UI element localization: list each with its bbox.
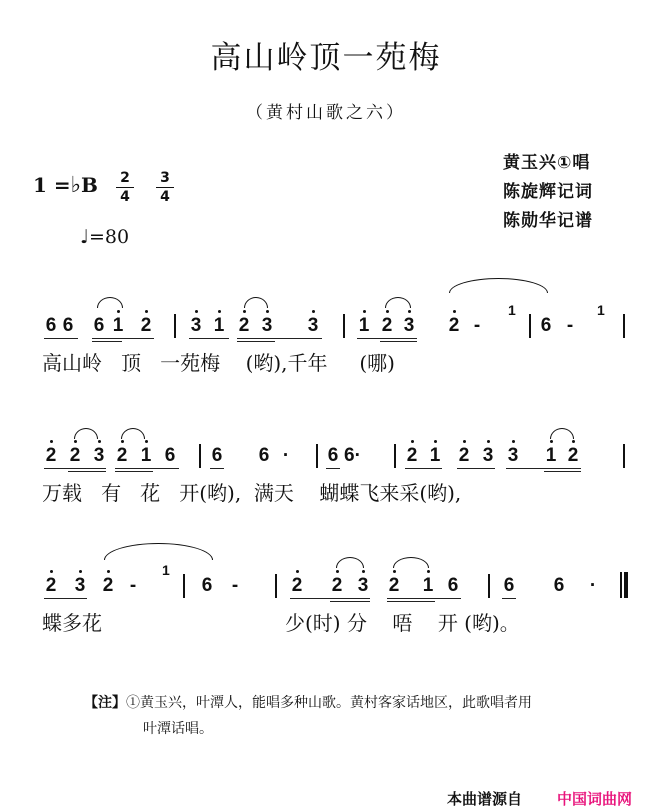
ts-numerator: 3 [156, 170, 174, 186]
grace-note: 1 [508, 302, 516, 318]
barline [174, 314, 176, 338]
underline [326, 468, 340, 469]
underline [68, 471, 106, 472]
note-high: 2 [139, 316, 153, 336]
source-label: 本曲谱源自 [447, 788, 522, 809]
note-high: 1 [421, 576, 435, 596]
grace-note: 1 [597, 302, 605, 318]
note: 6 [552, 576, 566, 596]
note-high: 2 [405, 446, 419, 466]
underline [457, 468, 495, 469]
note-high: 2 [290, 576, 304, 596]
dash: - [470, 316, 484, 336]
credit-lyricist: 陈旋辉记词 [503, 177, 593, 202]
barline [343, 314, 345, 338]
tempo-marking: ♩=80 [80, 226, 129, 248]
note-high: 2 [237, 316, 251, 336]
dash: - [126, 576, 140, 596]
slur [336, 557, 364, 568]
underline [357, 338, 417, 339]
lyrics-line-1: 高山岭 顶 一苑梅 (哟),千年 (哪) [42, 352, 395, 374]
dot: · [586, 576, 600, 596]
underline [92, 341, 122, 342]
slur [550, 428, 574, 439]
flat-icon: ♭ [71, 172, 81, 198]
note: 6 [44, 316, 58, 336]
note-high: 2 [44, 446, 58, 466]
note-high: 1 [111, 316, 125, 336]
underline [237, 338, 322, 339]
dash: - [563, 316, 577, 336]
footnote-line-1: ①黄玉兴，叶潭人，能唱多种山歌。黄村客家话地区，此歌唱者用 [126, 695, 532, 711]
note: 6 [163, 446, 177, 466]
grace-note: 1 [162, 562, 170, 578]
underline [502, 598, 516, 599]
note-high: 3 [356, 576, 370, 596]
note-high: 1 [139, 446, 153, 466]
note-high: 1 [544, 446, 558, 466]
slur [97, 297, 123, 308]
underline [44, 598, 87, 599]
underline [44, 468, 106, 469]
final-barline-thin [620, 572, 622, 598]
barline [316, 444, 318, 468]
slur [393, 557, 429, 568]
underline [544, 471, 581, 472]
note-high: 2 [380, 316, 394, 336]
note-high: 3 [189, 316, 203, 336]
note-high: 2 [387, 576, 401, 596]
note: 6· [344, 446, 368, 466]
underline [92, 338, 154, 339]
time-signature-3-4: 3 4 [156, 170, 174, 205]
note: 6 [61, 316, 75, 336]
note-high: 2 [330, 576, 344, 596]
song-subtitle: （黄村山歌之六） [0, 98, 652, 123]
note-high: 3 [402, 316, 416, 336]
note: 6 [210, 446, 224, 466]
footnote-label: 【注】 [84, 695, 126, 711]
note: 6 [539, 316, 553, 336]
barline [623, 314, 625, 338]
underline [330, 601, 370, 602]
note: 6 [502, 576, 516, 596]
tempo-value: =80 [89, 226, 129, 248]
note-high: 1 [212, 316, 226, 336]
key-prefix: 1 = [33, 173, 71, 197]
underline [189, 338, 229, 339]
slur [385, 297, 411, 308]
note-high: 2 [457, 446, 471, 466]
long-slur [449, 278, 548, 293]
underline [290, 598, 370, 599]
site-name-link[interactable]: 中国词曲网 [557, 788, 632, 809]
ts-denominator: 4 [116, 189, 134, 205]
underline [237, 341, 275, 342]
time-signature-2-4: 2 4 [116, 170, 134, 205]
barline [275, 574, 277, 598]
credit-singer: 黄玉兴①唱 [503, 148, 590, 173]
note-high: 3 [92, 446, 106, 466]
underline [405, 468, 442, 469]
quarter-note-icon: ♩ [80, 226, 89, 248]
ts-divider [156, 187, 174, 188]
footnote-line-2: 叶潭话唱。 [143, 716, 213, 742]
slur [121, 428, 145, 439]
note-high: 1 [357, 316, 371, 336]
underline [115, 471, 153, 472]
note: 6 [257, 446, 271, 466]
note-high: 3 [260, 316, 274, 336]
underline [115, 468, 179, 469]
dot: · [279, 446, 293, 466]
note-high: 2 [566, 446, 580, 466]
note-high: 3 [481, 446, 495, 466]
lyrics-line-3-left: 蝶多花 [42, 612, 102, 634]
underline [380, 341, 417, 342]
key-signature: 1 =♭B [33, 172, 98, 198]
note: 6 [446, 576, 460, 596]
note-high: 2 [68, 446, 82, 466]
note: 6 [92, 316, 106, 336]
underline [506, 468, 581, 469]
barline [199, 444, 201, 468]
underline [210, 468, 224, 469]
lyrics-line-2: 万载 有 花 开(哟), 满天 蝴蝶飞来采(哟), [42, 482, 461, 504]
song-title: 高山岭顶一苑梅 [0, 32, 652, 77]
ts-numerator: 2 [116, 170, 134, 186]
note-high: 3 [73, 576, 87, 596]
barline [529, 314, 531, 338]
ts-divider [116, 187, 134, 188]
barline [623, 444, 625, 468]
note-high: 2 [447, 316, 461, 336]
credit-notator: 陈勋华记谱 [503, 206, 593, 231]
slur [244, 297, 268, 308]
note-high: 3 [506, 446, 520, 466]
ts-denominator: 4 [156, 189, 174, 205]
note-high: 2 [115, 446, 129, 466]
footnote: 【注】①黄玉兴，叶潭人，能唱多种山歌。黄村客家话地区，此歌唱者用 [84, 690, 532, 716]
final-barline-thick [624, 572, 628, 598]
note: 6 [326, 446, 340, 466]
slur [74, 428, 98, 439]
barline [183, 574, 185, 598]
barline [488, 574, 490, 598]
note-high: 2 [44, 576, 58, 596]
lyrics-line-3-right: 少(时) 分 唔 开 (哟)。 [285, 612, 520, 634]
barline [394, 444, 396, 468]
note-high: 1 [428, 446, 442, 466]
dash: - [228, 576, 242, 596]
long-slur [104, 543, 213, 560]
note-high: 2 [101, 576, 115, 596]
underline [387, 598, 461, 599]
key-note: B [81, 173, 98, 197]
note: 6 [200, 576, 214, 596]
underline [387, 601, 435, 602]
underline [44, 338, 78, 339]
note-high: 3 [306, 316, 320, 336]
